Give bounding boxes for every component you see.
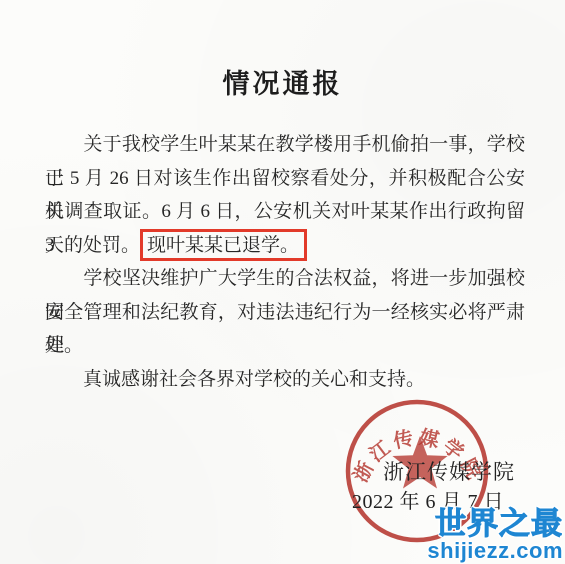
notice-line: 安全管理和法纪教育，对违法违纪行为一经核实必将严肃处 [45,296,525,330]
notice-body: 关于我校学生叶某某在教学楼用手机偷拍一事，学校已于 5 月 26 日对该生作出留… [45,128,525,396]
highlighted-text: 现叶某某已退学。 [140,229,307,261]
notice-title: 情况通报 [0,62,565,101]
notice-line: 关调查取证。6 月 6 日，公安机关对叶某某作出行政拘留 3 [45,195,525,229]
body-text-segment: 天的处罚。 [45,235,140,256]
watermark-title: 世界之最 [427,508,563,540]
notice-line: 关于我校学生叶某某在教学楼用手机偷拍一事，学校已 [45,128,525,162]
notice-line: 于 5 月 26 日对该生作出留校察看处分，并积极配合公安机 [45,162,525,196]
notice-line: 真诚感谢社会各界对学校的关心和支持。 [45,363,525,397]
notice-document: 情况通报 关于我校学生叶某某在教学楼用手机偷拍一事，学校已于 5 月 26 日对… [0,0,565,564]
signature-organization: 浙江传媒学院 [383,456,515,486]
body-text-segment: 真诚感谢社会各界对学校的关心和支持。 [45,369,425,390]
notice-line: 理。 [45,329,525,363]
body-text-segment: 理。 [45,335,83,356]
watermark-url: shijiezz.com [427,540,563,561]
notice-line: 天的处罚。现叶某某已退学。 [45,229,525,263]
notice-line: 学校坚决维护广大学生的合法权益，将进一步加强校园 [45,262,525,296]
watermark: 世界之最 shijiezz.com [427,508,563,561]
